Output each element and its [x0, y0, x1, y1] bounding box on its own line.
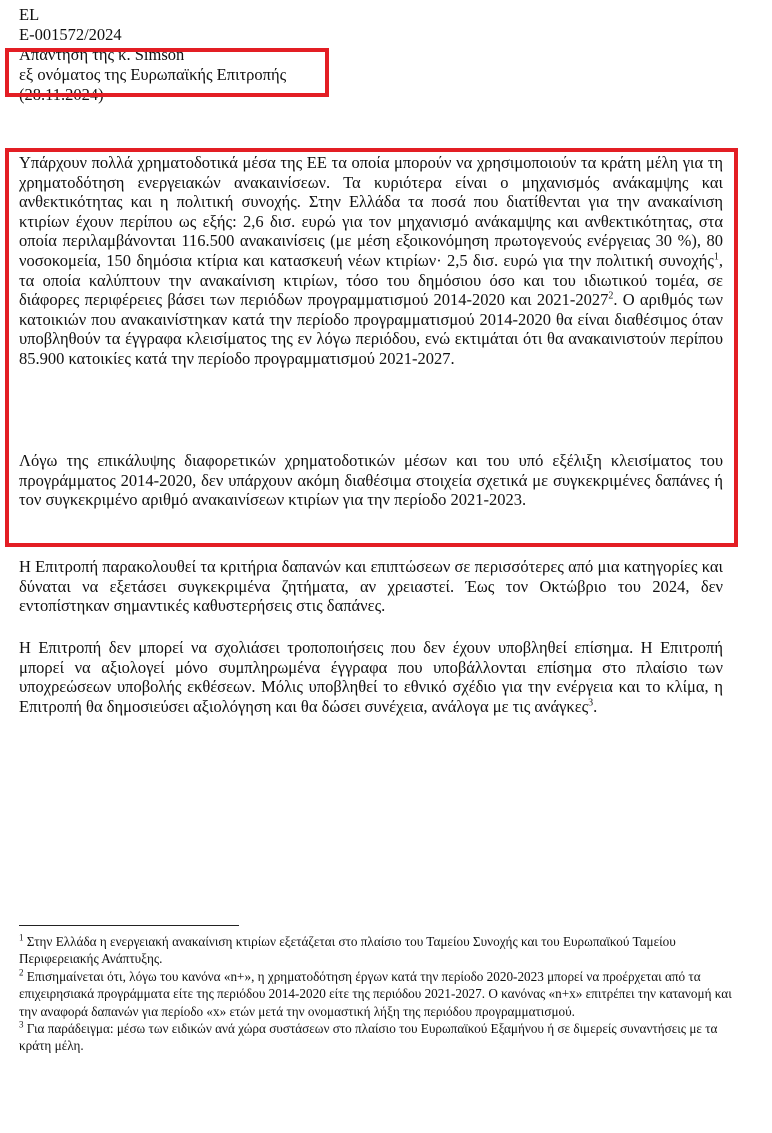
footnote-1: 1 Στην Ελλάδα η ενεργειακή ανακαίνιση κτ…	[19, 933, 739, 968]
paragraph-text: .	[593, 697, 597, 716]
paragraph-funding-instruments: Υπάρχουν πολλά χρηματοδοτικά μέσα της ΕΕ…	[19, 153, 723, 369]
paragraph-text: Υπάρχουν πολλά χρηματοδοτικά μέσα της ΕΕ…	[19, 153, 723, 270]
paragraph-data-availability: Λόγω της επικάλυψης διαφορετικών χρηματο…	[19, 451, 723, 510]
paragraph-text: Η Επιτροπή δεν μπορεί να σχολιάσει τροπο…	[19, 638, 723, 716]
highlight-box-author	[5, 48, 329, 97]
question-reference: E-001572/2024	[19, 25, 286, 45]
footnotes: 1 Στην Ελλάδα η ενεργειακή ανακαίνιση κτ…	[19, 933, 739, 1055]
footnote-text: Στην Ελλάδα η ενεργειακή ανακαίνιση κτιρ…	[19, 934, 676, 966]
footnote-text: Για παράδειγμα: μέσω των ειδικών ανά χώρ…	[19, 1021, 717, 1053]
footnote-text: Επισημαίνεται ότι, λόγω του κανόνα «n+»,…	[19, 969, 732, 1019]
footnote-3: 3 Για παράδειγμα: μέσω των ειδικών ανά χ…	[19, 1020, 739, 1055]
language-code: EL	[19, 5, 286, 25]
paragraph-monitoring: Η Επιτροπή παρακολουθεί τα κριτήρια δαπα…	[19, 557, 723, 616]
paragraph-modifications: Η Επιτροπή δεν μπορεί να σχολιάσει τροπο…	[19, 638, 723, 716]
footnote-separator	[19, 925, 239, 926]
footnote-2: 2 Επισημαίνεται ότι, λόγω του κανόνα «n+…	[19, 968, 739, 1020]
